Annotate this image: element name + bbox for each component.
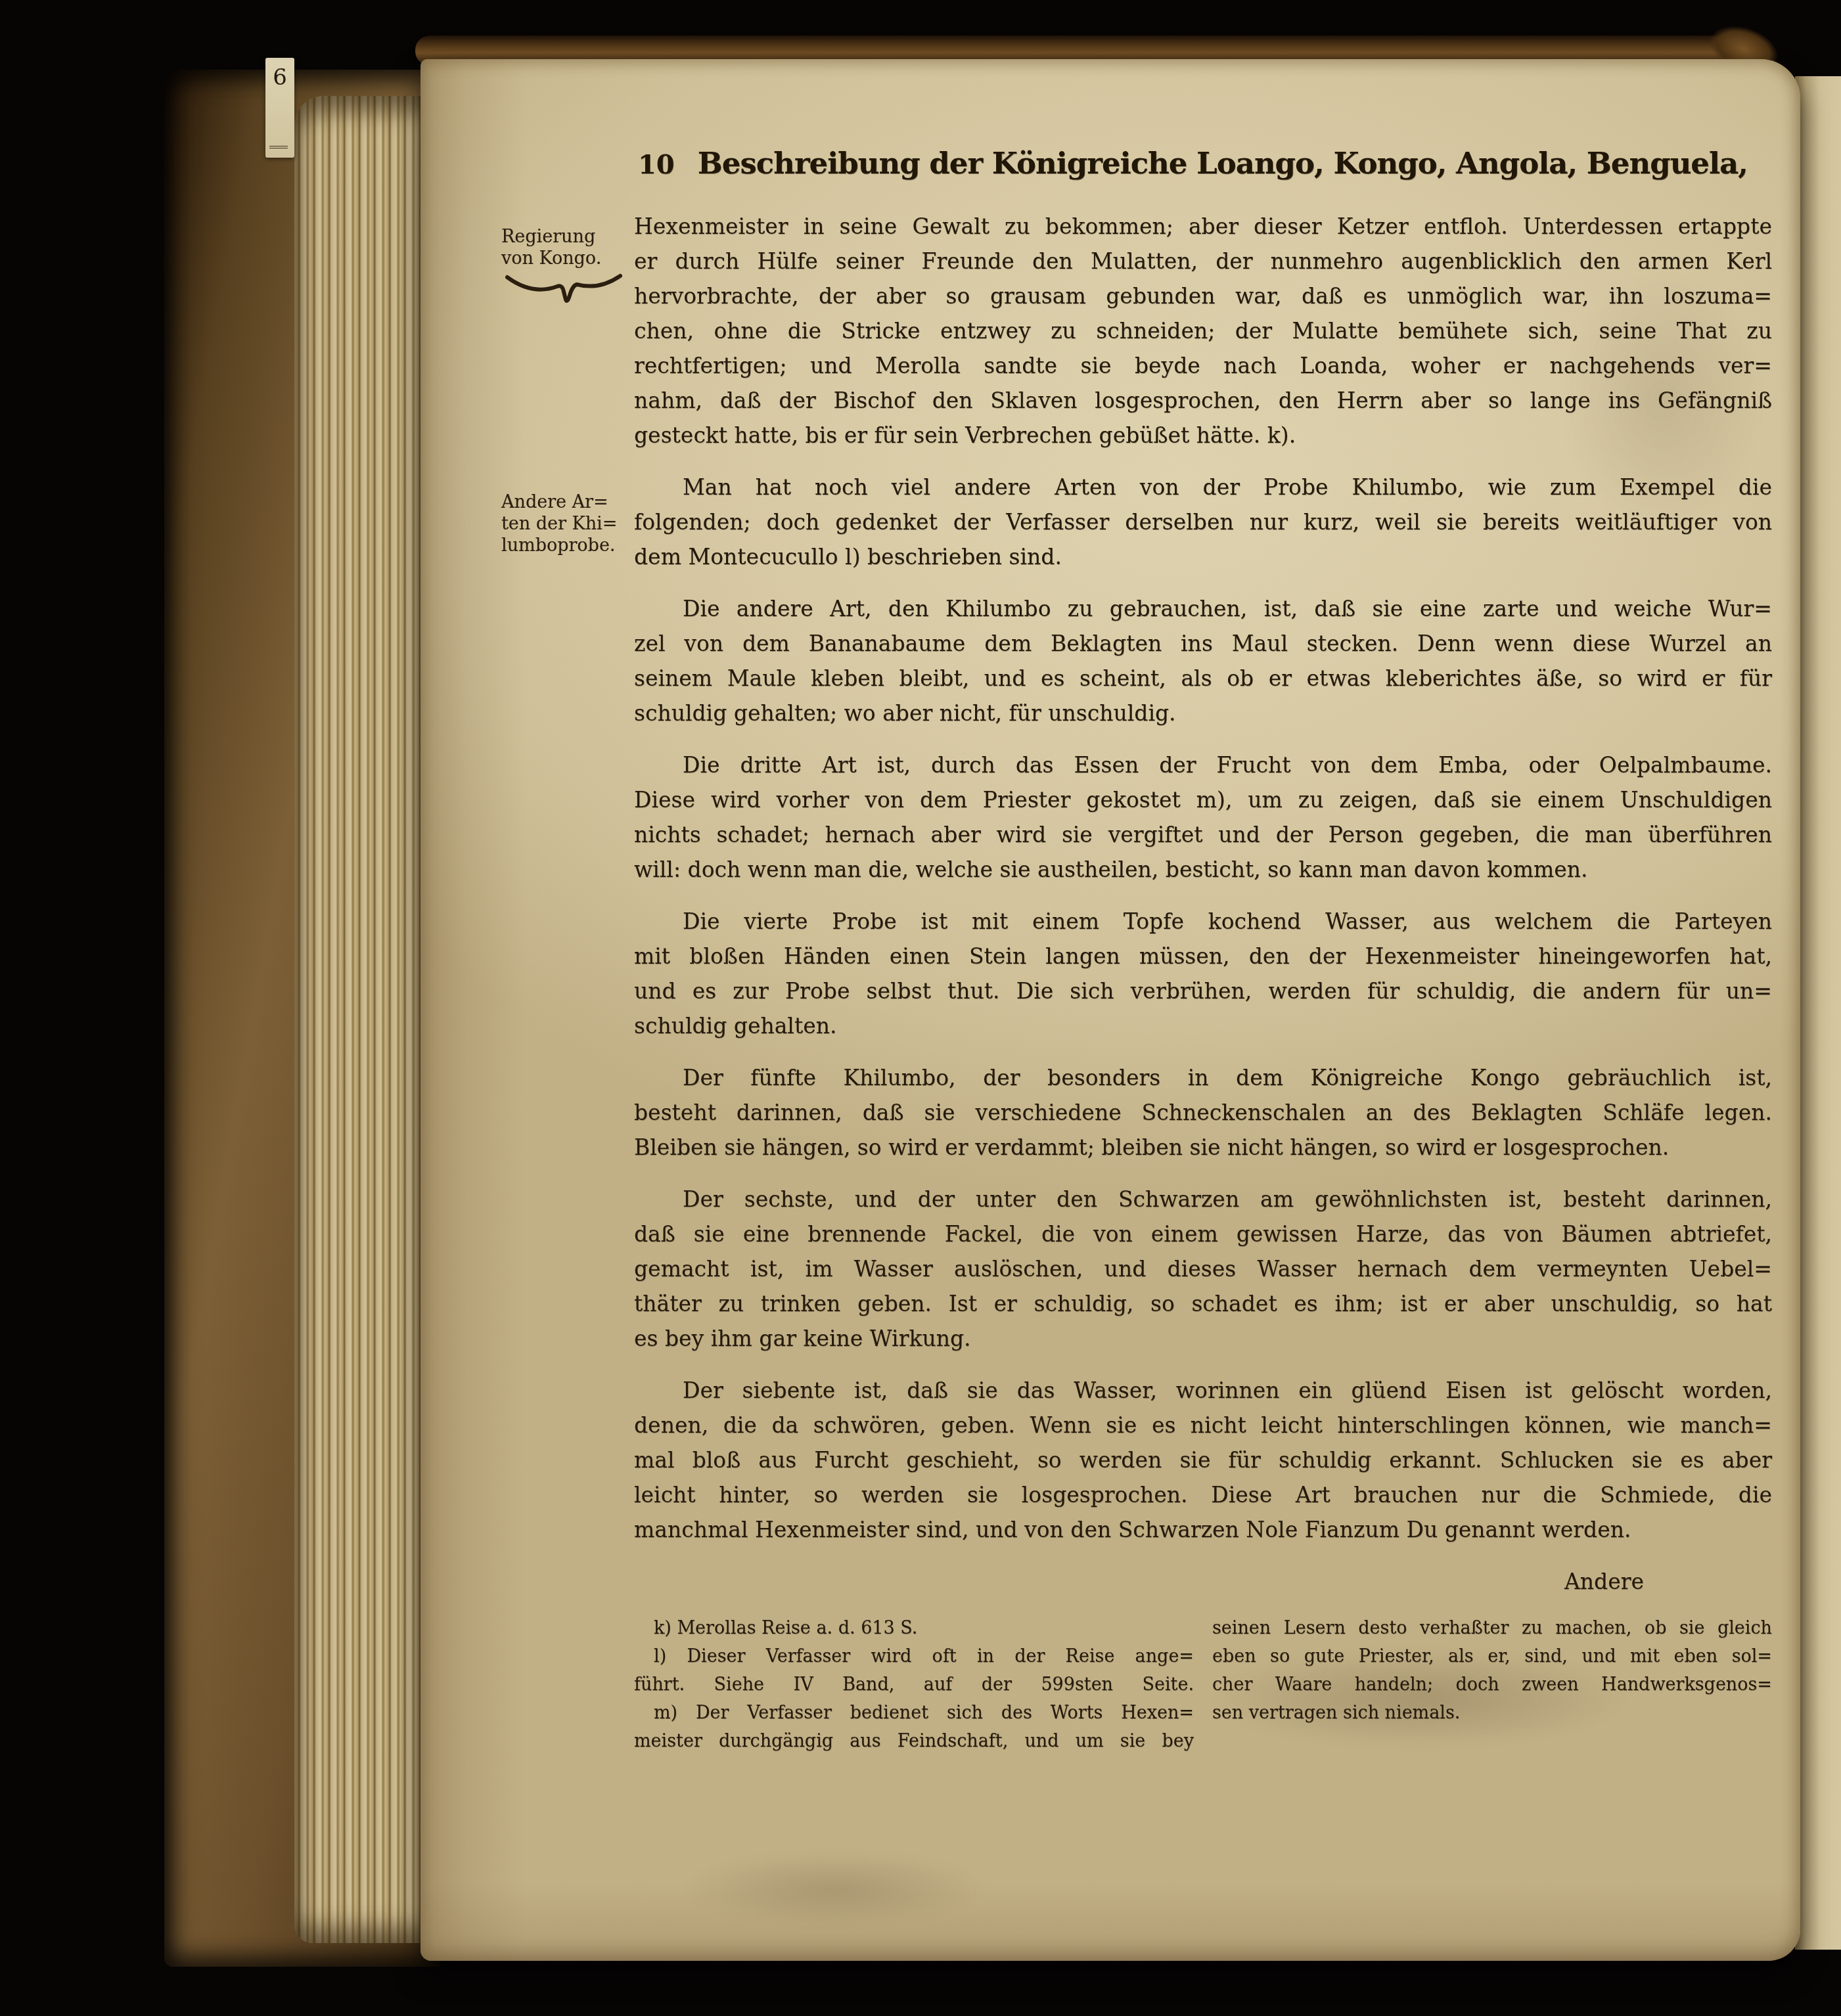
- running-head: 10 Beschreibung der Königreiche Loango, …: [634, 146, 1771, 181]
- text-line: seinem Maule kleben bleibt, und es schei…: [634, 661, 1772, 696]
- text-line: es bey ihm gar keine Wirkung.: [634, 1321, 1772, 1356]
- footnotes-right-column: seinen Lesern desto verhaßter zu machen,…: [1212, 1614, 1772, 1755]
- text-line: Diese wird vorher von dem Priester gekos…: [634, 782, 1772, 817]
- catchword: Andere: [634, 1564, 1772, 1600]
- text-line: thäter zu trinken geben. Ist er schuldig…: [634, 1286, 1772, 1321]
- text-line: Die andere Art, den Khilumbo zu gebrauch…: [634, 591, 1772, 626]
- text-line: dem Montecucullo l) beschrieben sind.: [634, 539, 1772, 574]
- text-line: sen vertragen sich niemals.: [1212, 1699, 1772, 1727]
- text-line: will: doch wenn man die, welche sie aust…: [634, 852, 1772, 887]
- photo-backdrop: 6 10 Beschreibung der Königreiche Loango…: [0, 0, 1841, 2016]
- next-page-fore-edge: [1795, 76, 1841, 1950]
- text-line: folgenden; doch gedenket der Verfasser d…: [634, 504, 1772, 539]
- page-number: 10: [638, 149, 675, 180]
- page-edges-stack: [294, 96, 436, 1943]
- text-line: Die vierte Probe ist mit einem Topfe koc…: [634, 904, 1772, 939]
- text-line: Bleiben sie hängen, so wird er verdammt;…: [634, 1130, 1772, 1165]
- book-page: 10 Beschreibung der Königreiche Loango, …: [420, 59, 1800, 1961]
- paragraph-1: Hexenmeister in seine Gewalt zu bekommen…: [634, 209, 1772, 453]
- text-line: l) Dieser Verfasser wird oft in der Reis…: [634, 1642, 1194, 1670]
- text-line: besteht darinnen, daß sie verschiedene S…: [634, 1095, 1772, 1130]
- show-through-smudge: [683, 1852, 986, 1925]
- text-line: von Kongo.: [501, 248, 633, 269]
- spine-label-text: 6: [273, 64, 287, 91]
- paragraph-5: Die vierte Probe ist mit einem Topfe koc…: [634, 904, 1772, 1043]
- text-line: cher Waare handeln; doch zween Handwerks…: [1212, 1670, 1772, 1699]
- text-line: schuldig gehalten; wo aber nicht, für un…: [634, 696, 1772, 730]
- footnotes: k) Merollas Reise a. d. 613 S.l) Dieser …: [634, 1614, 1772, 1755]
- text-line: hervorbrachte, der aber so grausam gebun…: [634, 279, 1772, 313]
- text-line: er durch Hülfe seiner Freunde den Mulatt…: [634, 244, 1772, 279]
- paragraph-6: Der fünfte Khilumbo, der besonders in de…: [634, 1060, 1772, 1165]
- paragraph-8: Der siebente ist, daß sie das Wasser, wo…: [634, 1373, 1772, 1547]
- text-line: manchmal Hexenmeister sind, und von den …: [634, 1512, 1772, 1547]
- text-line: eben so gute Priester, als er, sind, und…: [1212, 1642, 1772, 1670]
- text-line: schuldig gehalten.: [634, 1008, 1772, 1043]
- text-line: chen, ohne die Stricke entzwey zu schnei…: [634, 313, 1772, 348]
- text-line: Andere Ar=: [501, 491, 633, 513]
- spine-label: 6: [265, 58, 294, 158]
- paragraph-2: Man hat noch viel andere Arten von der P…: [634, 470, 1772, 574]
- text-line: leicht hinter, so werden sie losgesproch…: [634, 1477, 1772, 1512]
- text-line: seinen Lesern desto verhaßter zu machen,…: [1212, 1614, 1772, 1642]
- text-line: nichts schadet; hernach aber wird sie ve…: [634, 817, 1772, 852]
- footnotes-left-column: k) Merollas Reise a. d. 613 S.l) Dieser …: [634, 1614, 1194, 1755]
- margin-note-khilumboprobe: Andere Ar=ten der Khi=lumboprobe.: [501, 491, 633, 556]
- text-line: daß sie eine brennende Fackel, die von e…: [634, 1217, 1772, 1251]
- text-line: Regierung: [501, 226, 633, 248]
- paragraph-3: Die andere Art, den Khilumbo zu gebrauch…: [634, 591, 1772, 730]
- text-line: Der fünfte Khilumbo, der besonders in de…: [634, 1060, 1772, 1095]
- text-line: führt. Siehe IV Band, auf der 599sten Se…: [634, 1670, 1194, 1699]
- text-line: ten der Khi=: [501, 513, 633, 535]
- text-line: Hexenmeister in seine Gewalt zu bekommen…: [634, 209, 1772, 244]
- text-line: und es zur Probe selbst thut. Die sich v…: [634, 974, 1772, 1008]
- text-line: Man hat noch viel andere Arten von der P…: [634, 470, 1772, 504]
- paragraph-7: Der sechste, und der unter den Schwarzen…: [634, 1182, 1772, 1356]
- paragraph-4: Die dritte Art ist, durch das Essen der …: [634, 748, 1772, 887]
- text-line: Die dritte Art ist, durch das Essen der …: [634, 748, 1772, 782]
- text-line: denen, die da schwören, geben. Wenn sie …: [634, 1408, 1772, 1443]
- text-column: Hexenmeister in seine Gewalt zu bekommen…: [634, 209, 1772, 1755]
- text-line: mal bloß aus Furcht geschieht, so werden…: [634, 1443, 1772, 1477]
- text-line: nahm, daß der Bischof den Sklaven losges…: [634, 383, 1772, 418]
- margin-note-brace: [505, 273, 623, 303]
- text-line: lumboprobe.: [501, 535, 633, 556]
- running-title: Beschreibung der Königreiche Loango, Kon…: [675, 146, 1771, 181]
- text-line: rechtfertigen; und Merolla sandte sie be…: [634, 348, 1772, 383]
- text-line: Der siebente ist, daß sie das Wasser, wo…: [634, 1373, 1772, 1408]
- text-line: gesteckt hatte, bis er für sein Verbrech…: [634, 418, 1772, 453]
- text-line: m) Der Verfasser bedienet sich des Worts…: [634, 1699, 1194, 1727]
- text-line: k) Merollas Reise a. d. 613 S.: [634, 1614, 1194, 1642]
- text-line: zel von dem Bananabaume dem Beklagten in…: [634, 626, 1772, 661]
- text-line: meister durchgängig aus Feindschaft, und…: [634, 1727, 1194, 1755]
- text-line: gemacht ist, im Wasser auslöschen, und d…: [634, 1251, 1772, 1286]
- text-line: mit bloßen Händen einen Stein langen müs…: [634, 939, 1772, 974]
- margin-note-regierung-von-kongo: Regierungvon Kongo.: [501, 226, 633, 269]
- text-line: Der sechste, und der unter den Schwarzen…: [634, 1182, 1772, 1217]
